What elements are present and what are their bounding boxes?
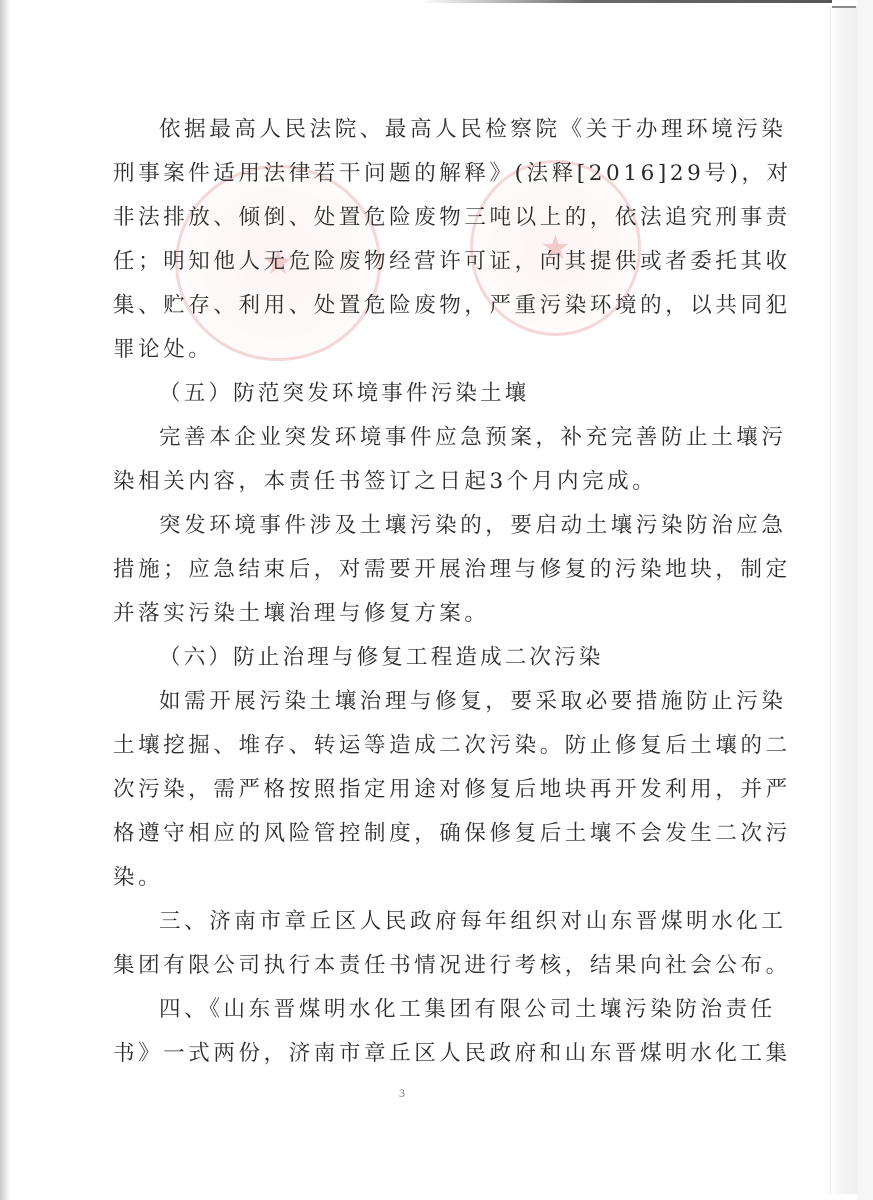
text-line: 非法排放、倾倒、处置危险废物三吨以上的，依法追究刑事责 <box>113 196 713 240</box>
text-line: 染。 <box>113 856 713 900</box>
scan-right-edge <box>858 0 873 1200</box>
paragraph-emergency-plan: 完善本企业突发环境事件应急预案，补充完善防止土壤污 染相关内容，本责任书签订之日… <box>113 416 713 504</box>
scan-right-fold-top <box>832 6 856 8</box>
text-line: 次污染，需严格按照指定用途对修复后地块再开发利用，并严 <box>113 768 713 812</box>
text-line: 措施；应急结束后，对需要开展治理与修复的污染地块，制定 <box>113 548 713 592</box>
text-line: 并落实污染土壤治理与修复方案。 <box>113 592 713 636</box>
scan-top-edge <box>420 0 832 3</box>
text-line: 集团有限公司执行本责任书情况进行考核，结果向社会公布。 <box>113 944 713 988</box>
text-line: 完善本企业突发环境事件应急预案，补充完善防止土壤污 <box>113 416 713 460</box>
text-line: 罪论处。 <box>113 328 713 372</box>
paragraph-secondary-pollution: 如需开展污染土壤治理与修复，要采取必要措施防止污染 土壤挖掘、堆存、转运等造成二… <box>113 680 713 900</box>
text-line: 依据最高人民法院、最高人民检察院《关于办理环境污染 <box>113 108 713 152</box>
paragraph-item-3-assessment: 三、济南市章丘区人民政府每年组织对山东晋煤明水化工 集团有限公司执行本责任书情况… <box>113 900 713 988</box>
text-line: 三、济南市章丘区人民政府每年组织对山东晋煤明水化工 <box>113 900 713 944</box>
section-heading-5: （五）防范突发环境事件污染土壤 <box>113 372 713 416</box>
text-line: 突发环境事件涉及土壤污染的，要启动土壤污染防治应急 <box>113 504 713 548</box>
paragraph-item-4-copies: 四、《山东晋煤明水化工集团有限公司土壤污染防治责任 书》一式两份，济南市章丘区人… <box>113 988 713 1076</box>
scan-right-fold <box>830 6 859 1194</box>
text-line: 土壤挖掘、堆存、转运等造成二次污染。防止修复后土壤的二 <box>113 724 713 768</box>
paragraph-emergency-measures: 突发环境事件涉及土壤污染的，要启动土壤污染防治应急 措施；应急结束后，对需要开展… <box>113 504 713 636</box>
page-number: 3 <box>399 1086 405 1101</box>
text-line: 集、贮存、利用、处置危险废物，严重污染环境的，以共同犯 <box>113 284 713 328</box>
paragraph-criminal-liability: 依据最高人民法院、最高人民检察院《关于办理环境污染 刑事案件适用法律若干问题的解… <box>113 108 713 372</box>
document-page: 依据最高人民法院、最高人民检察院《关于办理环境污染 刑事案件适用法律若干问题的解… <box>113 108 713 1076</box>
section-heading-6: （六）防止治理与修复工程造成二次污染 <box>113 636 713 680</box>
text-line: 染相关内容，本责任书签订之日起3个月内完成。 <box>113 460 713 504</box>
scan-left-edge-shadow <box>0 0 10 1200</box>
text-line: 任；明知他人无危险废物经营许可证，向其提供或者委托其收 <box>113 240 713 284</box>
text-line: 书》一式两份，济南市章丘区人民政府和山东晋煤明水化工集 <box>113 1032 713 1076</box>
text-line: 格遵守相应的风险管控制度，确保修复后土壤不会发生二次污 <box>113 812 713 856</box>
text-line: 刑事案件适用法律若干问题的解释》(法释[2016]29号)，对 <box>113 152 713 196</box>
text-line: 如需开展污染土壤治理与修复，要采取必要措施防止污染 <box>113 680 713 724</box>
text-line: 四、《山东晋煤明水化工集团有限公司土壤污染防治责任 <box>113 988 713 1032</box>
